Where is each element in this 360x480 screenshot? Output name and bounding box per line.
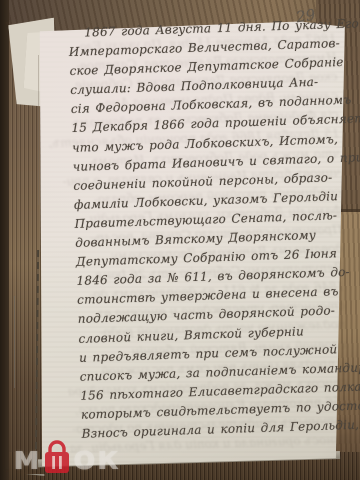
document-photo: 1867 года Августа 11 дня. По указу ЕгоИм… xyxy=(0,0,360,480)
shopping-bag-icon xyxy=(42,438,72,476)
watermark-letters-ok: ок xyxy=(73,438,120,477)
watermark-letter-m: м xyxy=(13,438,41,477)
page-fold-line xyxy=(38,55,39,205)
under-sheet-margin-line xyxy=(14,296,15,388)
meshok-watermark: м ок xyxy=(13,436,120,478)
manuscript-text: 1867 года Августа 11 дня. По указу ЕгоИм… xyxy=(68,15,358,444)
